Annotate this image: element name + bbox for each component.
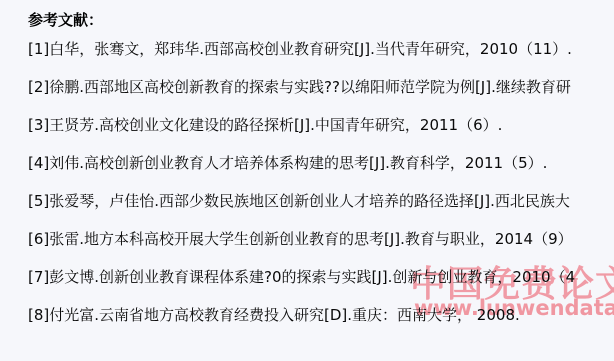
reference-item: [1]白华，张骞文，郑玮华.西部高校创业教育研究[J].当代青年研究，2010（… [28,30,614,68]
reference-item: [5]张爱琴，卢佳怡.西部少数民族地区创新创业人才培养的路径选择[J].西北民族… [28,182,614,220]
reference-item: [4]刘伟.高校创新创业教育人才培养体系构建的思考[J].教育科学，2011（5… [28,144,614,182]
page: { "page": { "background_color": "#f6f7fb… [0,0,614,361]
reference-item: [6]张雷.地方本科高校开展大学生创新创业教育的思考[J].教育与职业，2014… [28,220,614,258]
reference-item: [8]付光富.云南省地方高校教育经费投入研究[D].重庆：西南大学， 2008. [28,296,614,334]
reference-list: [1]白华，张骞文，郑玮华.西部高校创业教育研究[J].当代青年研究，2010（… [28,30,614,334]
reference-item: [7]彭文博.创新创业教育课程体系建?0的探索与实践[J].创新与创业教育，20… [28,258,614,296]
references-heading: 参考文献： [28,10,614,30]
reference-item: [3]王贤芳.高校创业文化建设的路径探析[J].中国青年研究，2011（6）. [28,106,614,144]
references-document: 中国免费论文网 www.lunwendata.com 参考文献： [1]白华，张… [0,0,614,361]
reference-item: [2]徐鹏.西部地区高校创新教育的探索与实践??以绵阳师范学院为例[J].继续教… [28,68,614,106]
